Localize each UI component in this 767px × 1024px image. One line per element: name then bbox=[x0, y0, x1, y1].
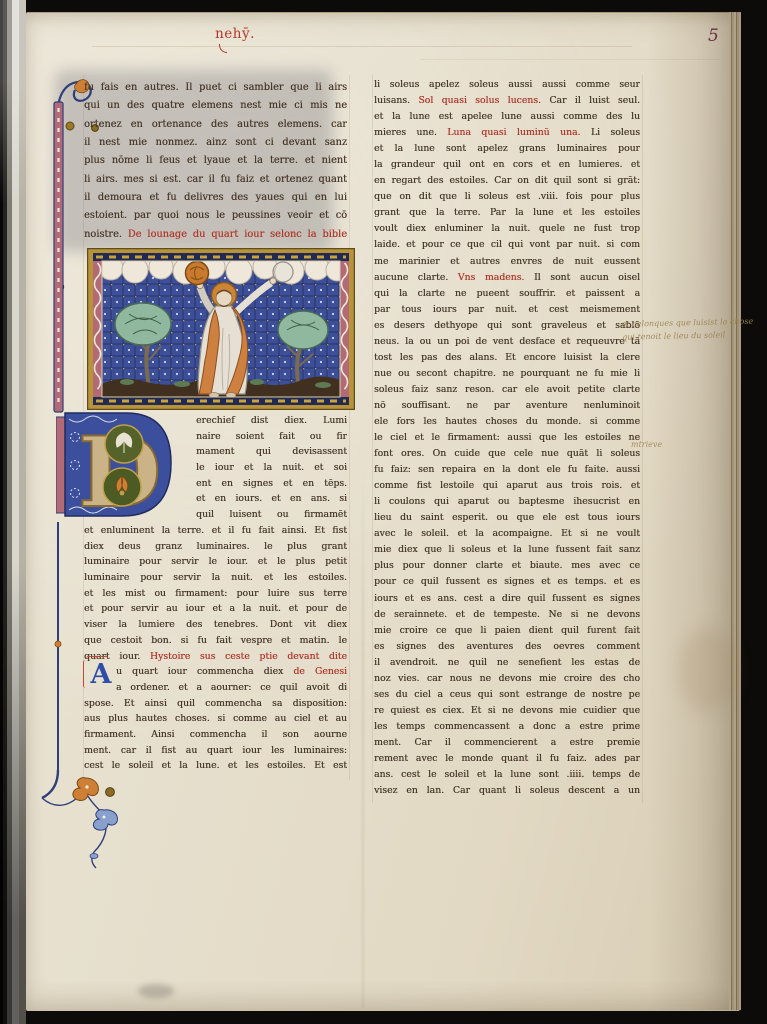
text-line: que cestoit bon. si fu fait vespre et ma… bbox=[84, 633, 347, 649]
text-line: et en iours. et en ans. si bbox=[196, 491, 347, 507]
gloss-line: qui tenoit le lieu du soleil bbox=[622, 327, 767, 343]
ivy-trefoil-blue-icon bbox=[93, 810, 117, 830]
text-line: visez en lan. Car quant li soleus descen… bbox=[374, 783, 640, 799]
text-line: et enluminent la terre. et il fu fait ai… bbox=[84, 523, 347, 539]
page-stain bbox=[678, 628, 736, 712]
text-line: quart iour. Hystoire sus ceste ptie deva… bbox=[84, 649, 347, 665]
text-line: ent en signes et en tēps. bbox=[196, 476, 347, 492]
text-line: plus pour donner clarte et biaute. mes a… bbox=[374, 558, 640, 574]
text-line: soleus faiz sanz reson. car ele avoit pe… bbox=[374, 382, 640, 398]
text-line: pour ce quil fussent es signes et es tem… bbox=[374, 574, 640, 590]
text-line: mie croire ce que li paien dient quil fu… bbox=[374, 623, 640, 639]
leaf-highlight bbox=[85, 785, 88, 788]
column-ruling bbox=[349, 75, 350, 780]
text-line: ment. car il fist au quart iour les lumi… bbox=[84, 743, 347, 759]
column-ruling bbox=[372, 75, 373, 803]
gold-ball-icon bbox=[66, 122, 74, 130]
text-line: voult diex enluminer la nuit. quele ne f… bbox=[374, 221, 640, 237]
ivy-trefoil-orange-icon bbox=[73, 778, 98, 801]
text-line: naire soient fait ou fir bbox=[196, 429, 347, 445]
text-line: a ordener. et a aourner: ce quil avoit d… bbox=[84, 680, 347, 696]
text-line: u quart iour commencha diex de Genesi bbox=[84, 664, 347, 680]
column-ruling bbox=[642, 75, 643, 803]
text-line: il demoura et fu delivres des yaues qui … bbox=[84, 189, 347, 207]
folio-number: 5 bbox=[708, 26, 738, 46]
text-line: neus. la ou un poi de vent desface et re… bbox=[374, 334, 640, 350]
text-line: lieu du saint esperit. ou que ele est to… bbox=[374, 510, 640, 526]
gold-ball-icon bbox=[106, 788, 115, 797]
text-line: quil luisent ou firmamēt bbox=[196, 507, 347, 523]
text-line: ment. Car il commencierent a estre premi… bbox=[374, 735, 640, 751]
text-line: il nest mie nonmez. ainz sont ci devant … bbox=[84, 134, 347, 152]
text-line: luminaire pour servir le iour. et le plu… bbox=[84, 554, 347, 570]
text-line: iours et es ans. cest a dire quil fussen… bbox=[374, 591, 640, 607]
text-line: et les mist ou firmament: pour luire sus… bbox=[84, 586, 347, 602]
text-line: viser la lumiere des tenebres. Dont vit … bbox=[84, 617, 347, 633]
text-line: ans. cest le soleil et la lune sont .iii… bbox=[374, 767, 640, 783]
text-line: li coulons qui aparut ou baptesme ihesuc… bbox=[374, 494, 640, 510]
text-line: tost les pas des alans. Et encore luisis… bbox=[374, 350, 640, 366]
page-stain bbox=[138, 984, 174, 998]
page-crease bbox=[362, 470, 364, 1008]
text-line: rement avec le monde quant il fu faiz. a… bbox=[374, 751, 640, 767]
text-line: et la lune sont apelez grans luminaires … bbox=[374, 141, 640, 157]
text-line: mament qui devisassent bbox=[196, 444, 347, 460]
left-text-column-para1: fu fais en autres. Il puet ci sambler qu… bbox=[84, 79, 347, 244]
text-line: ele fors les hautes choses du monde. si … bbox=[374, 414, 640, 430]
text-line: estoient. par quoi nous le peussines veo… bbox=[84, 207, 347, 225]
text-line: aucune clarte. Vns madens. Il sont aucun… bbox=[374, 270, 640, 286]
text-line: luisans. Sol quasi solus lucens. Car il … bbox=[374, 93, 640, 109]
text-line: ses du ciel a ceus qui sont estrange de … bbox=[374, 687, 640, 703]
text-line: nō souffisant. ne par aventure nenlumino… bbox=[374, 398, 640, 414]
text-line: qui la clarte ne pueent souffrir. et pai… bbox=[374, 286, 640, 302]
ivy-bud-icon bbox=[55, 641, 61, 647]
text-line: que on dit que li soleus est .viii. fois… bbox=[374, 189, 640, 205]
text-line: il avendroit. ne quil ne senefient les e… bbox=[374, 655, 640, 671]
text-line: en regart des estoiles. Car on dit quil … bbox=[374, 173, 640, 189]
text-line: cest le soleil et la lune. et les estoil… bbox=[84, 758, 347, 774]
gutter-shadow bbox=[648, 12, 740, 1010]
text-line: fu fais en autres. Il puet ci sambler qu… bbox=[84, 79, 347, 97]
text-line: noistre. De lounage du quart iour selonc… bbox=[84, 226, 347, 244]
text-line: noz vies. car nous ne devons mie croire … bbox=[374, 671, 640, 687]
flower-center bbox=[120, 491, 125, 496]
ruling-line bbox=[92, 46, 632, 47]
text-line: font ores. On cuide que cele nue quāt li… bbox=[374, 446, 640, 462]
manuscript-photo: nehȳ. 5 fu fais en autres. Il puet ci sa… bbox=[0, 0, 767, 1024]
text-line: et la lune est apelee lune aussi comme d… bbox=[374, 109, 640, 125]
text-line: et pour servir au iour et a la nuit. et … bbox=[84, 601, 347, 617]
illuminated-initial-a: A bbox=[88, 659, 114, 691]
margin-gloss-note-2: mtrieve bbox=[631, 440, 662, 449]
text-line: me marinier et autres envres de nuit eus… bbox=[374, 254, 640, 270]
right-text-column: li soleus apelez soleus aussi aussi comm… bbox=[374, 77, 640, 799]
text-line: li airs. mes si est. car il fu faiz et o… bbox=[84, 171, 347, 189]
text-line: la grandeur quil ont en cors et en lumie… bbox=[374, 157, 640, 173]
text-line: de serainnete. et de tempeste. Ne si ne … bbox=[374, 607, 640, 623]
text-line: diex deus granz luminaires. le plus gran… bbox=[84, 539, 347, 555]
text-line: erechief dist diex. Lumi bbox=[196, 413, 347, 429]
text-line: mie diex que li soleus et la lune fussen… bbox=[374, 542, 640, 558]
text-line: comme fist lestoile qui aparut aus trois… bbox=[374, 478, 640, 494]
text-line: mieres une. Luna quasi luminū una. Li so… bbox=[374, 125, 640, 141]
book-binding-edge bbox=[0, 0, 26, 1024]
text-line: plus nōme li feus et lyaue et la terre. … bbox=[84, 152, 347, 170]
text-line: spose. Et ainsi quil commencha sa dispos… bbox=[84, 696, 347, 712]
margin-gloss-note: et celonques que luisist la chose qui te… bbox=[622, 314, 767, 343]
running-title: nehȳ. bbox=[200, 26, 270, 42]
text-line: ortenez en ortenance des autres elemens.… bbox=[84, 116, 347, 134]
text-line: laide. et pour ce que cil qui vont par n… bbox=[374, 237, 640, 253]
text-line: grant que la terre. Par la lune et les e… bbox=[374, 205, 640, 221]
text-line: fu faiz: sen repaira en la dont ele fu f… bbox=[374, 462, 640, 478]
sprig-leaf-icon bbox=[90, 853, 98, 858]
leaf-highlight bbox=[103, 816, 106, 819]
text-line: par tous iours par nuit. et cest meismem… bbox=[374, 302, 640, 318]
text-line: avec le soleil. et la acompaigne. Et si … bbox=[374, 526, 640, 542]
left-text-column-para2-wrapped: erechief dist diex. Luminaire soient fai… bbox=[196, 413, 347, 523]
left-text-column-para2: et enluminent la terre. et il fu fait ai… bbox=[84, 523, 347, 774]
text-line: le ciel et le firmament: aussi que les e… bbox=[374, 430, 640, 446]
text-line: firmament. Ainsi commencha il son aourne bbox=[84, 727, 347, 743]
text-line: nue ou secont chapitre. ne pourquant ne … bbox=[374, 366, 640, 382]
text-line: aus plus hautes choses. si comme au ciel… bbox=[84, 711, 347, 727]
moon-icon bbox=[273, 262, 293, 282]
ruling-line bbox=[420, 59, 720, 60]
text-line: li soleus apelez soleus aussi aussi comm… bbox=[374, 77, 640, 93]
miniature bbox=[87, 248, 355, 410]
text-line: re quiest es ciex. Et si ne devons mie c… bbox=[374, 703, 640, 719]
text-line: le iour et la nuit. et soi bbox=[196, 460, 347, 476]
bar-foot-curl bbox=[42, 770, 58, 798]
illuminated-initial-d: D bbox=[56, 409, 180, 523]
text-line: es signes des aventures des oevres comme… bbox=[374, 639, 640, 655]
text-line: les temps commencassent a donc a estre p… bbox=[374, 719, 640, 735]
text-line: luminaire pour servir la nuit. et les es… bbox=[84, 570, 347, 586]
initial-rose-bar bbox=[56, 417, 65, 513]
sun-icon bbox=[186, 262, 209, 285]
text-line: es desers dethyope qui sont graveleus et… bbox=[374, 318, 640, 334]
text-line: qui un des quatre elemens nest mie ci mi… bbox=[84, 97, 347, 115]
